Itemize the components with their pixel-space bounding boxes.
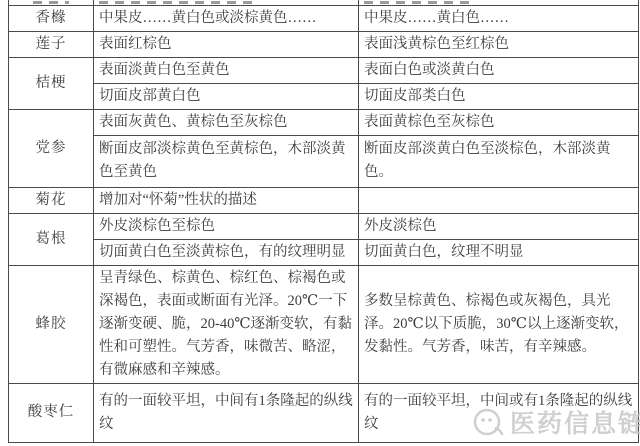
new-desc-cell: [359, 187, 639, 213]
table-row: 酸枣仁 有的一面较平坦，中间有1条隆起的纵线纹 有的一面较平坦，中间或有1条隆起…: [9, 383, 639, 442]
herb-name-cell: 葛根: [9, 213, 94, 265]
old-desc-cell: 增加对“怀菊”性状的描述: [94, 187, 359, 213]
old-desc-cell: 有的一面较平坦，中间有1条隆起的纵线纹: [94, 383, 359, 442]
herb-name-cell: 莲子: [9, 31, 94, 57]
clipped-text-fragment: [33, 1, 69, 4]
new-desc-cell: 断面皮部淡黄白色至淡棕色，木部淡黄色。: [359, 135, 639, 187]
table-subrow: 切面皮部黄白色 切面皮部类白色: [9, 83, 639, 109]
herb-name-cell: 蜂胶: [9, 265, 94, 383]
herb-name-cell: 香橼: [9, 5, 94, 31]
old-desc-cell: 表面淡黄白色至黄色: [94, 57, 359, 83]
new-desc-cell: 切面黄白色，纹理不明显: [359, 239, 639, 265]
new-desc-cell: 表面黄棕色至灰棕色: [359, 109, 639, 135]
table-subrow: 切面黄白色至淡黄棕色，有的纹理明显 切面黄白色，纹理不明显: [9, 239, 639, 265]
table-row: 香橼 中果皮……黄白色或淡棕黄色…… 中果皮……黄白色……: [9, 5, 639, 31]
old-desc-cell: 表面红棕色: [94, 31, 359, 57]
old-desc-cell: 表面灰黄色、黄棕色至灰棕色: [94, 109, 359, 135]
herb-name-cell: 党参: [9, 109, 94, 187]
new-desc-cell: 表面浅黄棕色至红棕色: [359, 31, 639, 57]
new-desc-cell: 外皮淡棕色: [359, 213, 639, 239]
document-page: 香橼 中果皮……黄白色或淡棕黄色…… 中果皮……黄白色…… 莲子 表面红棕色 表…: [0, 0, 640, 446]
old-desc-cell: 中果皮……黄白色或淡棕黄色……: [94, 5, 359, 31]
old-desc-cell: 断面皮部淡棕黄色至黄棕色，木部淡黄色至黄色: [94, 135, 359, 187]
clipped-text-fragment: [99, 1, 259, 4]
herb-comparison-table: 香橼 中果皮……黄白色或淡棕黄色…… 中果皮……黄白色…… 莲子 表面红棕色 表…: [8, 0, 639, 443]
old-desc-cell: 切面黄白色至淡黄棕色，有的纹理明显: [94, 239, 359, 265]
old-desc-cell: 外皮淡棕色至棕色: [94, 213, 359, 239]
herb-name-cell: 桔梗: [9, 57, 94, 109]
table-row: 蜂胶 呈青绿色、棕黄色、棕红色、棕褐色或深褐色，表面或断面有光泽。20℃一下逐渐…: [9, 265, 639, 383]
table-row: 党参 表面灰黄色、黄棕色至灰棕色 表面黄棕色至灰棕色: [9, 109, 639, 135]
table-row: 莲子 表面红棕色 表面浅黄棕色至红棕色: [9, 31, 639, 57]
new-desc-cell: 表面白色或淡黄白色: [359, 57, 639, 83]
new-desc-cell: 中果皮……黄白色……: [359, 5, 639, 31]
table-row: 葛根 外皮淡棕色至棕色 外皮淡棕色: [9, 213, 639, 239]
new-desc-cell: 有的一面较平坦，中间或有1条隆起的纵线纹: [359, 383, 639, 442]
table-row: 桔梗 表面淡黄白色至黄色 表面白色或淡黄白色: [9, 57, 639, 83]
herb-name-cell: 菊花: [9, 187, 94, 213]
table-row: 菊花 增加对“怀菊”性状的描述: [9, 187, 639, 213]
new-desc-cell: 多数呈棕黄色、棕褐色或灰褐色，具光泽。20℃以下质脆，30℃以上逐渐变软，发黏性…: [359, 265, 639, 383]
clipped-text-fragment: [364, 1, 474, 4]
new-desc-cell: 切面皮部类白色: [359, 83, 639, 109]
old-desc-cell: 切面皮部黄白色: [94, 83, 359, 109]
old-desc-cell: 呈青绿色、棕黄色、棕红色、棕褐色或深褐色，表面或断面有光泽。20℃一下逐渐变硬、…: [94, 265, 359, 383]
herb-name-cell: 酸枣仁: [9, 383, 94, 442]
table-subrow: 断面皮部淡棕黄色至黄棕色，木部淡黄色至黄色 断面皮部淡黄白色至淡棕色，木部淡黄色…: [9, 135, 639, 187]
